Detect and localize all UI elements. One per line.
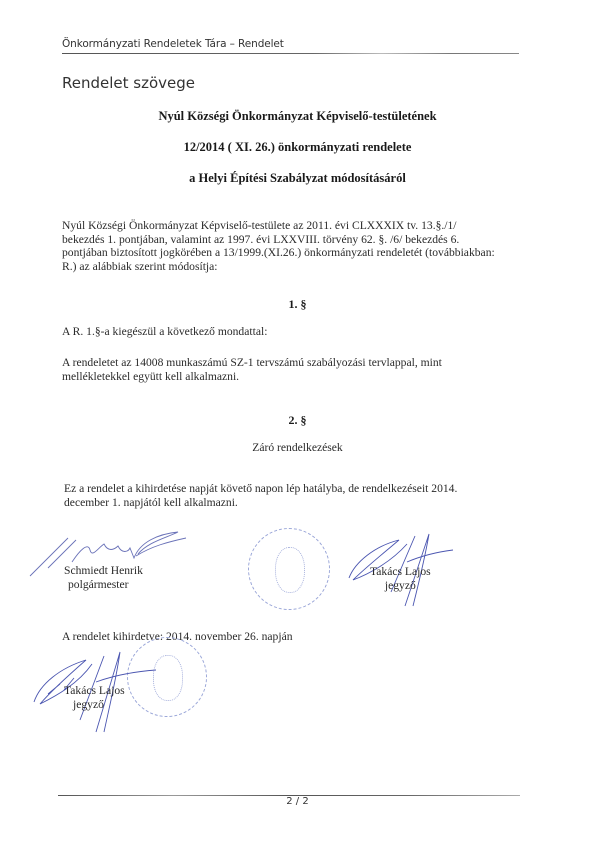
paragraph-line: december 1. napjától kell alkalmazni. (64, 496, 544, 510)
section-2-heading: 2. § (0, 413, 595, 428)
section-2-subtitle: Záró rendelkezések (0, 441, 595, 454)
section-1-paragraph-b: A rendeletet az 14008 munkaszámú SZ-1 te… (62, 356, 542, 383)
paragraph-line: A rendeletet az 14008 munkaszámú SZ-1 te… (62, 356, 542, 370)
promulgation-signature-block: Takács Lajos jegyző (64, 684, 125, 712)
section-title: Rendelet szövege (62, 74, 195, 92)
doc-title-line-3: a Helyi Építési Szabályzat módosításáról (0, 171, 595, 186)
signatory-role: jegyző (370, 579, 431, 593)
signatory-role: jegyző (64, 698, 125, 712)
document-page: Önkormányzati Rendeletek Tára – Rendelet… (0, 0, 595, 842)
paragraph-line: mellékletekkel együtt kell alkalmazni. (62, 370, 542, 384)
header-divider (62, 53, 519, 54)
official-stamp (248, 528, 330, 610)
signatory-name: Schmiedt Henrik (64, 564, 143, 578)
doc-title-line-2: 12/2014 ( XI. 26.) önkormányzati rendele… (0, 140, 595, 155)
signatory-role: polgármester (64, 578, 143, 592)
intro-line: bekezdés 1. pontjában, valamint az 1997.… (62, 233, 542, 247)
intro-line: R.) az alábbiak szerint módosítja: (62, 260, 542, 274)
signatory-name: Takács Lajos (370, 565, 431, 579)
coat-of-arms-icon (275, 547, 306, 594)
doc-title-line-1: Nyúl Községi Önkormányzat Képviselő-test… (0, 109, 595, 124)
header-title: Önkormányzati Rendeletek Tára – Rendelet (62, 38, 284, 50)
intro-line: Nyúl Községi Önkormányzat Képviselő-test… (62, 219, 542, 233)
paragraph-line: Ez a rendelet a kihirdetése napját követ… (64, 482, 544, 496)
section-1-heading: 1. § (0, 297, 595, 312)
notary-signature-block: Takács Lajos jegyző (370, 565, 431, 593)
section-1-paragraph-a: A R. 1.§-a kiegészül a következő mondatt… (62, 325, 542, 339)
section-2-paragraph: Ez a rendelet a kihirdetése napját követ… (64, 482, 544, 509)
intro-line: pontjában biztosított jogkörében a 13/19… (62, 246, 542, 260)
mayor-signature-block: Schmiedt Henrik polgármester (64, 564, 143, 592)
intro-paragraph: Nyúl Községi Önkormányzat Képviselő-test… (62, 219, 542, 273)
page-number: 2 / 2 (0, 796, 595, 807)
signatory-name: Takács Lajos (64, 684, 125, 698)
